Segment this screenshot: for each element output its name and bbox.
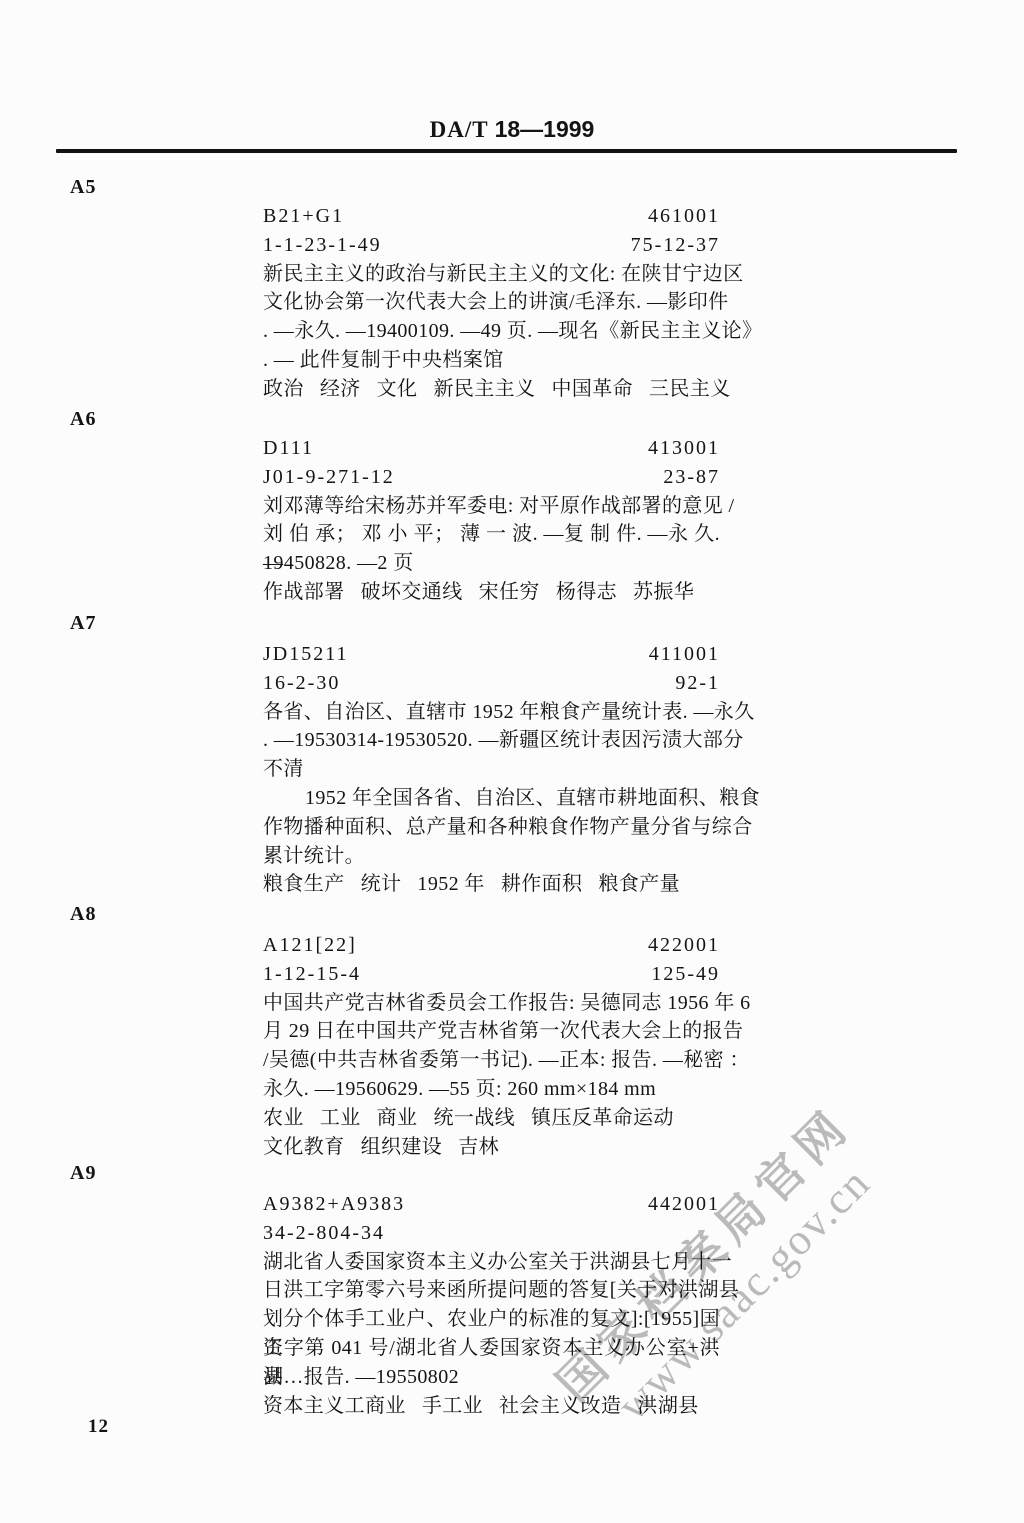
description-line: 文化协会第一次代表大会上的讲演/毛泽东. —影印件 <box>263 288 720 317</box>
keyword: 社会主义改造 <box>499 1392 621 1421</box>
code-number-row: 1-12-15-4125-49 <box>263 960 720 989</box>
keyword: 组织建设 <box>361 1133 443 1162</box>
code-number-row: 16-2-3092-1 <box>263 669 720 698</box>
keyword: 镇压反革命运动 <box>531 1104 674 1133</box>
keyword: 文化教育 <box>263 1133 345 1162</box>
keyword: 吉林 <box>458 1133 499 1162</box>
entry-label-a8: A8 <box>70 903 96 926</box>
description-line: 不清 <box>263 755 720 784</box>
archival-number: 413001 <box>648 434 720 463</box>
description-line: 作物播种面积、总产量和各种粮食作物产量分省与综合 <box>263 813 720 842</box>
keyword: 破坏交通线 <box>361 578 463 607</box>
archive-entry-a6: D111413001J01-9-271-1223-87刘邓薄等给宋杨苏并军委电:… <box>263 434 720 607</box>
description-line: 中国共产党吉林省委员会工作报告: 吴德同志 1956 年 6 <box>263 989 720 1018</box>
keyword: 洪湖县 <box>637 1392 698 1421</box>
keywords-row: 文化教育组织建设吉林 <box>263 1133 720 1162</box>
code-number-row: A9382+A9383442001 <box>263 1190 720 1219</box>
keywords-row: 农业工业商业统一战线镇压反革命运动 <box>263 1104 720 1133</box>
keyword: 农业 <box>263 1104 304 1133</box>
classification-code: D111 <box>263 434 314 463</box>
keywords-row: 粮食生产统计1952 年耕作面积粮食产量 <box>263 870 720 899</box>
classification-code: B21+G1 <box>263 202 344 231</box>
description-line: 刘邓薄等给宋杨苏并军委电: 对平原作战部署的意见 / <box>263 492 720 521</box>
entries-container: A5B21+G14610011-1-23-1-4975-12-37新民主主义的政… <box>0 0 1024 1523</box>
keyword: 政治 <box>263 375 304 404</box>
keyword: 新民主主义 <box>433 375 535 404</box>
keywords-row: 政治经济文化新民主主义中国革命三民主义 <box>263 375 720 404</box>
classification-code: A9382+A9383 <box>263 1190 405 1219</box>
keyword: 苏振华 <box>633 578 694 607</box>
archival-number: 75-12-37 <box>631 231 720 260</box>
keyword: 商业 <box>377 1104 418 1133</box>
description-line: /吴德(中共吉林省委第一书记). —正本: 报告. —秘密 ： <box>263 1046 720 1075</box>
description-line: 湖北省人委国家资本主义办公室关于洪湖县七月十一 <box>263 1248 720 1277</box>
document-page: DA/T18—1999 国家档案局官网 www.saac.gov.cn A5B2… <box>0 0 1024 1523</box>
entry-label-a5: A5 <box>70 176 96 199</box>
keyword: 杨得志 <box>556 578 617 607</box>
keyword: 文化 <box>377 375 418 404</box>
keyword: 耕作面积 <box>501 870 583 899</box>
entry-label-a9: A9 <box>70 1162 96 1185</box>
archival-number: 23-87 <box>663 463 720 492</box>
entry-label-a7: A7 <box>70 612 96 635</box>
archival-number: 461001 <box>648 202 720 231</box>
keywords-row: 作战部署破坏交通线宋任穷杨得志苏振华 <box>263 578 720 607</box>
archival-number: 92-1 <box>675 669 720 698</box>
page-number: 12 <box>88 1416 109 1438</box>
description-line: 工字第 041 号/湖北省人委国家资本主义办公室+洪 湖 <box>263 1334 720 1363</box>
keyword: 三民主义 <box>649 375 731 404</box>
classification-code: 34-2-804-34 <box>263 1219 385 1248</box>
archival-number: 411001 <box>649 640 720 669</box>
description-line: 刘 伯 承； 邓 小 平； 薄 一 波. —复 制 件. —永 久. — <box>263 520 720 549</box>
code-number-row: J01-9-271-1223-87 <box>263 463 720 492</box>
classification-code: J01-9-271-12 <box>263 463 395 492</box>
keyword: 中国革命 <box>551 375 633 404</box>
code-number-row: 1-1-23-1-4975-12-37 <box>263 231 720 260</box>
classification-code: 16-2-30 <box>263 669 340 698</box>
description-line: . —永久. —19400109. —49 页. —现名《新民主主义论》 <box>263 317 720 346</box>
archive-entry-a8: A121[22]4220011-12-15-4125-49中国共产党吉林省委员会… <box>263 931 720 1161</box>
archival-number: 422001 <box>648 931 720 960</box>
archive-entry-a7: JD1521141100116-2-3092-1各省、自治区、直辖市 1952 … <box>263 640 720 899</box>
code-number-row: 34-2-804-34 <box>263 1219 720 1248</box>
keyword: 经济 <box>320 375 361 404</box>
keyword: 手工业 <box>422 1392 483 1421</box>
code-number-row: B21+G1461001 <box>263 202 720 231</box>
description-line: . —19530314-19530520. —新疆区统计表因污渍大部分 <box>263 726 720 755</box>
description-line: 永久. —19560629. —55 页: 260 mm×184 mm <box>263 1075 720 1104</box>
description-line: 日洪工字第零六号来函所提问题的答复[关于对洪湖县 <box>263 1276 720 1305</box>
classification-code: 1-12-15-4 <box>263 960 361 989</box>
description-line: 1952 年全国各省、自治区、直辖市耕地面积、粮食 <box>263 784 720 813</box>
archival-number: 125-49 <box>651 960 720 989</box>
keywords-row: 资本主义工商业手工业社会主义改造洪湖县 <box>263 1392 720 1421</box>
classification-code: A121[22] <box>263 931 357 960</box>
code-number-row: D111413001 <box>263 434 720 463</box>
code-number-row: A121[22]422001 <box>263 931 720 960</box>
description-line: 月 29 日在中国共产党吉林省第一次代表大会上的报告 <box>263 1017 720 1046</box>
archive-entry-a5: B21+G14610011-1-23-1-4975-12-37新民主主义的政治与… <box>263 202 720 404</box>
keyword: 粮食产量 <box>598 870 680 899</box>
entry-label-a6: A6 <box>70 408 96 431</box>
keyword: 统计 <box>361 870 402 899</box>
description-line: 各省、自治区、直辖市 1952 年粮食产量统计表. —永久 <box>263 698 720 727</box>
keyword: 统一战线 <box>433 1104 515 1133</box>
keyword: 1952 年 <box>417 870 484 899</box>
archival-number: 442001 <box>648 1190 720 1219</box>
keyword: 资本主义工商业 <box>263 1392 406 1421</box>
keyword: 工业 <box>320 1104 361 1133</box>
keyword: 宋任穷 <box>479 578 540 607</box>
classification-code: JD15211 <box>263 640 348 669</box>
keyword: 粮食生产 <box>263 870 345 899</box>
description-line: 县…报告. —19550802 <box>263 1363 720 1392</box>
description-line: . — 此件复制于中央档案馆 <box>263 346 720 375</box>
classification-code: 1-1-23-1-49 <box>263 231 382 260</box>
description-line: 19450828. —2 页 <box>263 549 720 578</box>
description-line: 累计统计。 <box>263 842 720 871</box>
code-number-row: JD15211411001 <box>263 640 720 669</box>
description-line: 划分个体手工业户、农业户的标准的复文]:[1955]国 资 <box>263 1305 720 1334</box>
archive-entry-a9: A9382+A938344200134-2-804-34湖北省人委国家资本主义办… <box>263 1190 720 1420</box>
keyword: 作战部署 <box>263 578 345 607</box>
description-line: 新民主主义的政治与新民主主义的文化: 在陕甘宁边区 <box>263 260 720 289</box>
